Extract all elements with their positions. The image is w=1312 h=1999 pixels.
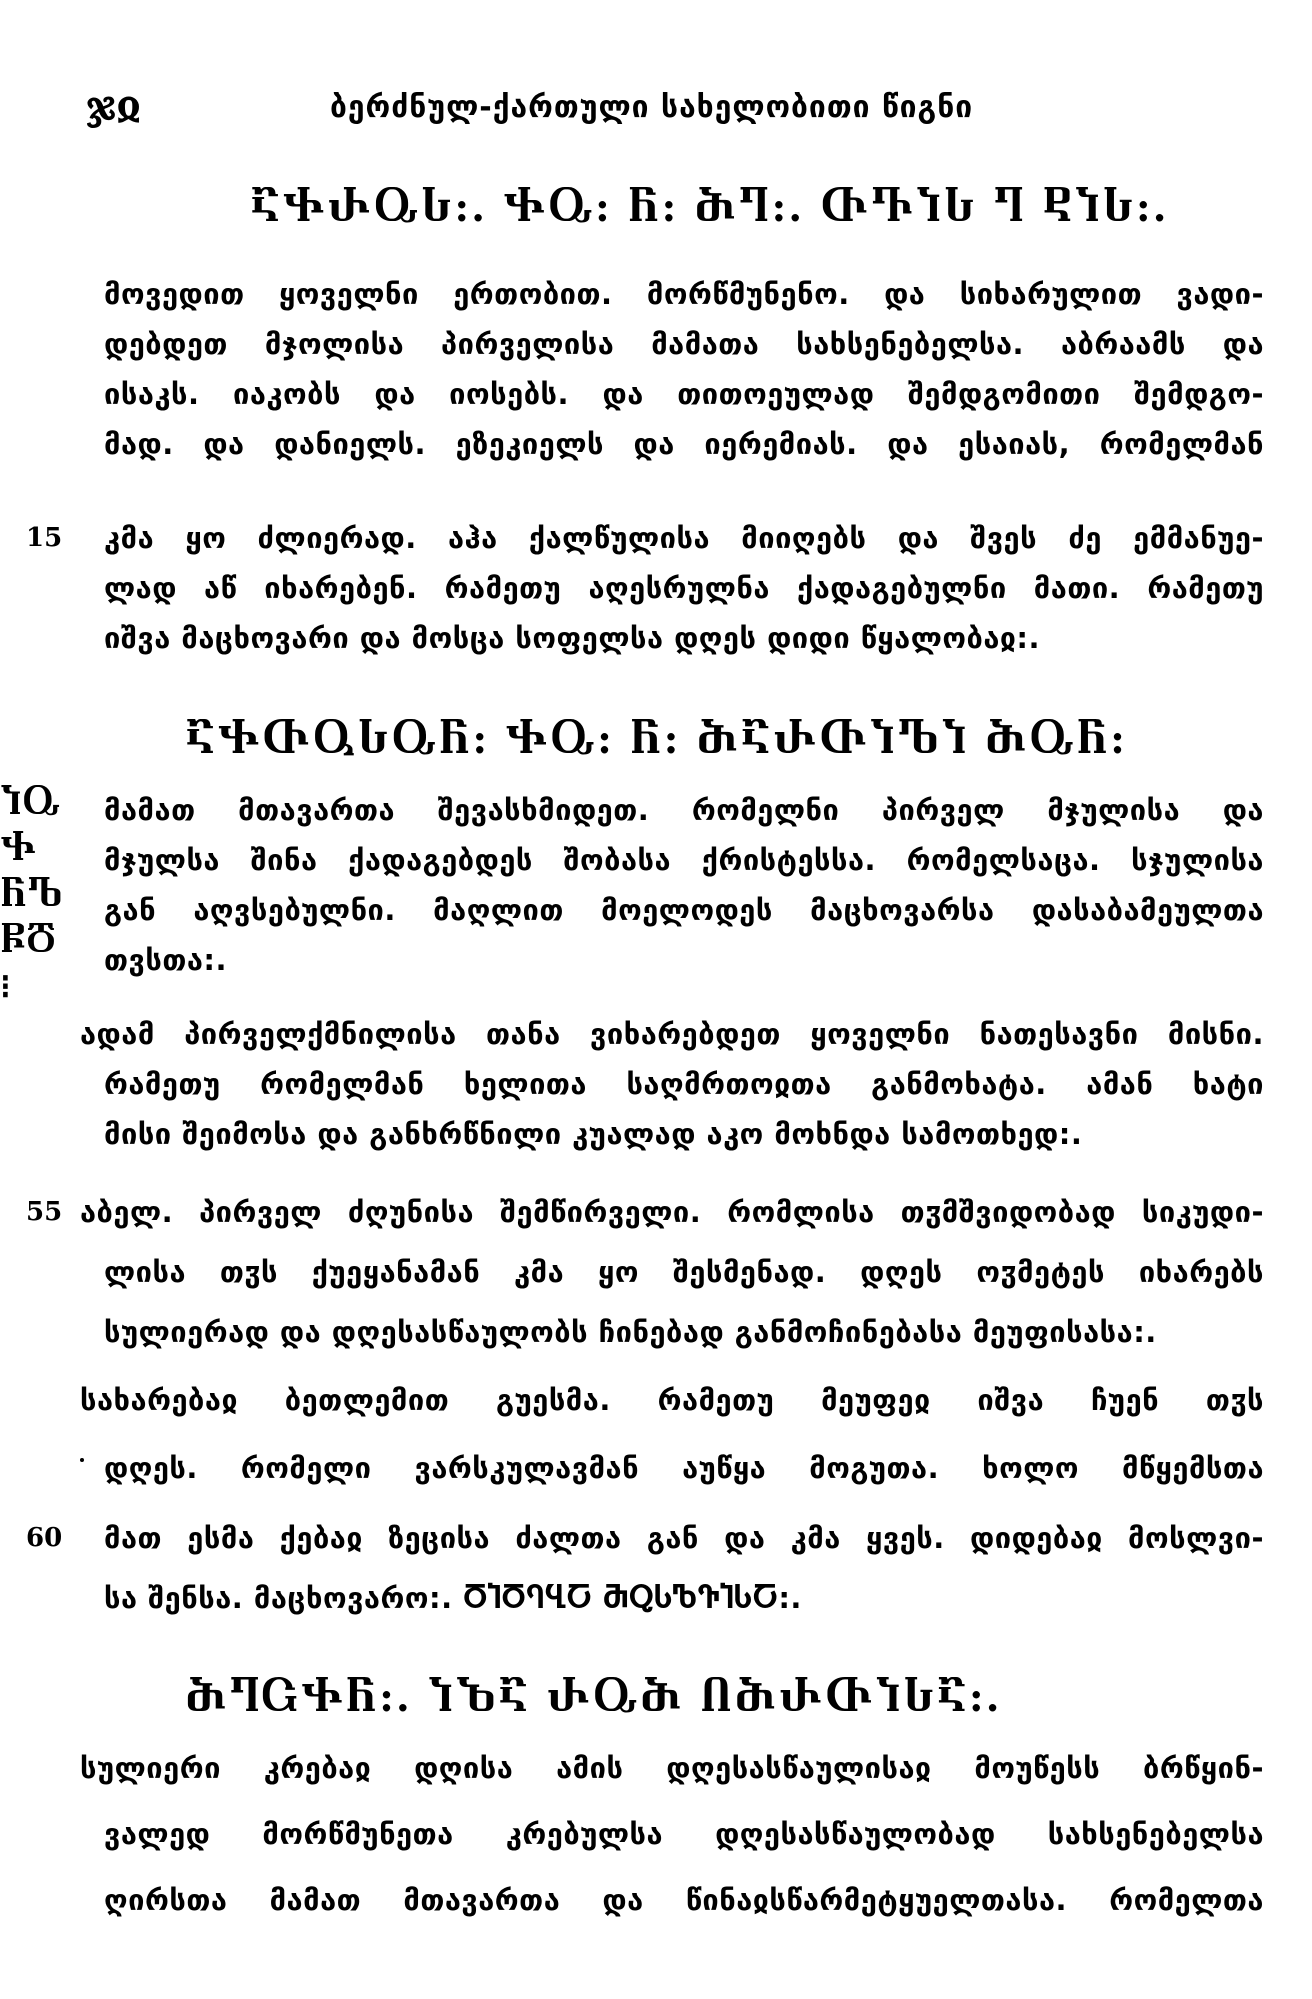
text-line: მათ ესმა ქებაჲ ზეცისა ძალთა გან და კმა ყ… [104,1516,1264,1560]
text-line: მისი შეიმოსა და განხრწნილი კუალად აკო მო… [104,1112,1264,1156]
margin-annotation: ႨႭ Ⴕ ႬႪ ႼႣ ⁝ [0,780,80,1010]
margin-glyph: ႼႣ [0,918,80,964]
text-line: აბელ. პირველ ძღუნისა შემწირველი. რომლისა… [80,1190,1264,1234]
text-line: დღეს. რომელი ვარსკულავმან აუწყა მოგუთა. … [104,1446,1264,1490]
text-line: თვსთა:. [104,938,1264,982]
speck [80,1458,84,1462]
section-heading: ႠႵႰႭႱ:. ႵႭ: Ⴌ: ႫႤ:. ႧႥႨႱ Ⴄ ႲႨႱ:. [250,180,1169,236]
text-line: მოვედით ყოველნი ერთობით. მორწმუნენო. და … [104,272,1264,316]
text-line: რამეთუ რომელმან ხელითა საღმრთოჲთა განმოხ… [104,1062,1264,1106]
line-number: 55 [26,1190,62,1234]
text-line: ადამ პირველქმნილისა თანა ვიხარებდეთ ყოვე… [80,1012,1264,1056]
text-line: იშვა მაცხოვარი და მოსცა სოფელსა დღეს დიდ… [104,616,1264,660]
text-line: სულიერად და დღესასწაულობს ჩინებად განმოჩ… [104,1310,1264,1354]
text-line: ვალედ მორწმუნეთა კრებულსა დღესასწაულობად… [104,1812,1264,1856]
margin-glyph: ⁝ [0,964,80,1010]
scanned-page: ჯჲ ბერძნულ-ქართული სახელობითი წიგნი ႠႵႰႭ… [0,0,1312,1999]
text-line: დებდეთ მჯოლისა პირველისა მამათა სახსენებ… [104,322,1264,366]
text-line: მად. და დანიელს. ეზეკიელს და იერემიას. დ… [104,422,1264,466]
section-heading: ႠႵႧႳႱႭႬ: ႵႭ: Ⴌ: ႫႠႰႧႨႪႨ ႫႭႬ: [185,712,1127,768]
line-number: 15 [26,516,62,560]
text-line: სა შენსა. მაცხოვარო:. ႣႨႣႤႡႠ ႫႭႱႪႥႨႱႠ:. [104,1576,1264,1620]
text-line: სულიერი კრებაჲ დღისა ამის დღესასწაულისაჲ… [80,1746,1264,1790]
text-line: მჯულსა შინა ქადაგებდეს შობასა ქრისტესსა.… [104,838,1264,882]
text-line: კმა ყო ძლიერად. აჰა ქალწულისა მიიღებს და… [104,516,1264,560]
running-title: ბერძნულ-ქართული სახელობითი წიგნი [330,88,973,128]
margin-glyph: Ⴕ [0,826,80,872]
page-number: ჯჲ [86,82,141,130]
text-line: გან აღვსებულნი. მაღლით მოელოდეს მაცხოვარ… [104,888,1264,932]
margin-glyph: ႬႪ [0,872,80,918]
text-line: ლისა თჳს ქუეყანამან კმა ყო შესმენად. დღე… [104,1250,1264,1294]
text-line: ისაკს. იაკობს და იოსებს. და თითოეულად შე… [104,372,1264,416]
running-header: ჯჲ ბერძნულ-ქართული სახელობითი წიგნი [80,82,1240,132]
text-line: ღირსთა მამათ მთავართა და წინაჲსწარმეტყუე… [104,1878,1264,1922]
section-heading: ႫႤႺႵႬ:. ႨႦႠ ႰႭႫ ႶႫႰႧႨႱႠ:. [185,1670,1002,1726]
text-line: სახარებაჲ ბეთლემით გუესმა. რამეთუ მეუფეჲ… [80,1378,1264,1422]
line-number: 60 [26,1516,62,1560]
text-line: მამათ მთავართა შევასხმიდეთ. რომელნი პირვ… [104,788,1264,832]
margin-glyph: ႨႭ [0,780,80,826]
text-line: ლად აწ იხარებენ. რამეთუ აღესრულნა ქადაგე… [104,566,1264,610]
